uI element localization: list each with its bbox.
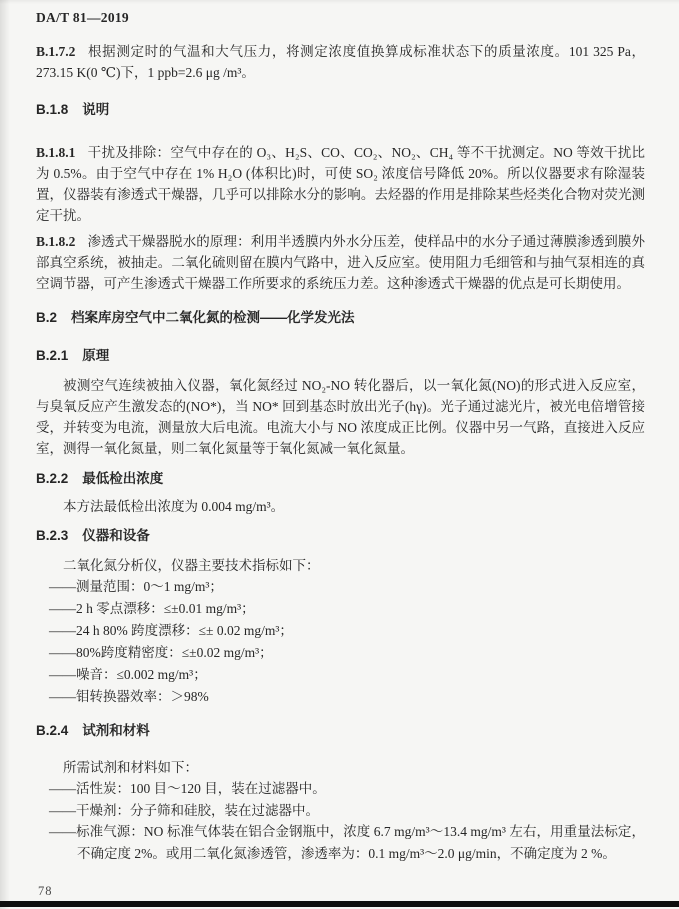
page-number: 78 (38, 884, 53, 899)
clause-b23-intro: 二氧化氮分析仪，仪器主要技术指标如下： (36, 555, 645, 576)
list-item: ——24 h 80% 跨度漂移：≤± 0.02 mg/m³； (36, 620, 645, 642)
clause-b181-number: B.1.8.1 (36, 145, 75, 160)
clause-b172: B.1.7.2根据测定时的气温和大气压力，将测定浓度值换算成标准状态下的质量浓度… (36, 41, 645, 83)
document-page: DA/T 81—2019 B.1.7.2根据测定时的气温和大气压力，将测定浓度值… (0, 0, 679, 909)
clause-b22-text: 本方法最低检出浓度为 0.004 mg/m³。 (36, 496, 645, 517)
heading-b22: B.2.2最低检出浓度 (36, 469, 645, 489)
clause-b181-text: 干扰及排除：空气中存在的 O₃、H₂S、CO、CO₂、NO₂、CH₄ 等不干扰测… (36, 145, 645, 223)
reagent-material-list: ——活性炭：100 目～120 目，装在过滤器中。 ——干燥剂：分子筛和硅胶，装… (36, 778, 645, 864)
heading-b18-number: B.1.8 (36, 102, 68, 117)
clause-b182-text: 渗透式干燥器脱水的原理：利用半透膜内外水分压差，使样品中的水分子通过薄膜渗透到膜… (36, 234, 645, 291)
clause-b172-text: 根据测定时的气温和大气压力，将测定浓度值换算成标准状态下的质量浓度。101 32… (36, 44, 645, 80)
heading-b18: B.1.8说明 (36, 100, 645, 120)
list-item: ——活性炭：100 目～120 目，装在过滤器中。 (36, 778, 645, 800)
heading-b21-title: 原理 (82, 348, 109, 363)
heading-b23-title: 仪器和设备 (82, 528, 150, 543)
list-item: ——干燥剂：分子筛和硅胶，装在过滤器中。 (36, 800, 645, 822)
list-item: ——80%跨度精密度：≤±0.02 mg/m³； (36, 642, 645, 664)
clause-b21-text: 被测空气连续被抽入仪器，氧化氮经过 NO₂-NO 转化器后，以一氧化氮(NO)的… (36, 375, 645, 459)
instrument-spec-list: ——测量范围：0～1 mg/m³； ——2 h 零点漂移：≤±0.01 mg/m… (36, 576, 645, 708)
list-item: ——噪音：≤0.002 mg/m³； (36, 664, 645, 686)
clause-b24-intro: 所需试剂和材料如下： (36, 757, 645, 778)
heading-b2: B.2档案库房空气中二氧化氮的检测——化学发光法 (36, 308, 645, 328)
clause-b181: B.1.8.1干扰及排除：空气中存在的 O₃、H₂S、CO、CO₂、NO₂、CH… (36, 142, 645, 226)
heading-b18-title: 说明 (82, 102, 109, 117)
clause-b182: B.1.8.2渗透式干燥器脱水的原理：利用半透膜内外水分压差，使样品中的水分子通… (36, 231, 645, 294)
list-item: ——2 h 零点漂移：≤±0.01 mg/m³； (36, 598, 645, 620)
heading-b24: B.2.4试剂和材料 (36, 721, 645, 741)
heading-b22-number: B.2.2 (36, 471, 68, 486)
heading-b21-number: B.2.1 (36, 348, 68, 363)
heading-b24-title: 试剂和材料 (82, 723, 150, 738)
heading-b2-number: B.2 (36, 310, 57, 325)
list-item: ——测量范围：0～1 mg/m³； (36, 576, 645, 598)
heading-b23: B.2.3仪器和设备 (36, 526, 645, 546)
list-item: ——标准气源：NO 标准气体装在铝合金钢瓶中，浓度 6.7 mg/m³～13.4… (36, 821, 645, 864)
scan-bottom-bar (0, 901, 679, 907)
clause-b182-number: B.1.8.2 (36, 234, 75, 249)
heading-b21: B.2.1原理 (36, 346, 645, 366)
list-item: ——钼转换器效率：＞98% (36, 686, 645, 708)
heading-b22-title: 最低检出浓度 (82, 471, 163, 486)
heading-b2-title: 档案库房空气中二氧化氮的检测——化学发光法 (71, 310, 355, 325)
heading-b24-number: B.2.4 (36, 723, 68, 738)
standard-number-header: DA/T 81—2019 (36, 8, 645, 28)
heading-b23-number: B.2.3 (36, 528, 68, 543)
clause-b172-number: B.1.7.2 (36, 44, 75, 59)
